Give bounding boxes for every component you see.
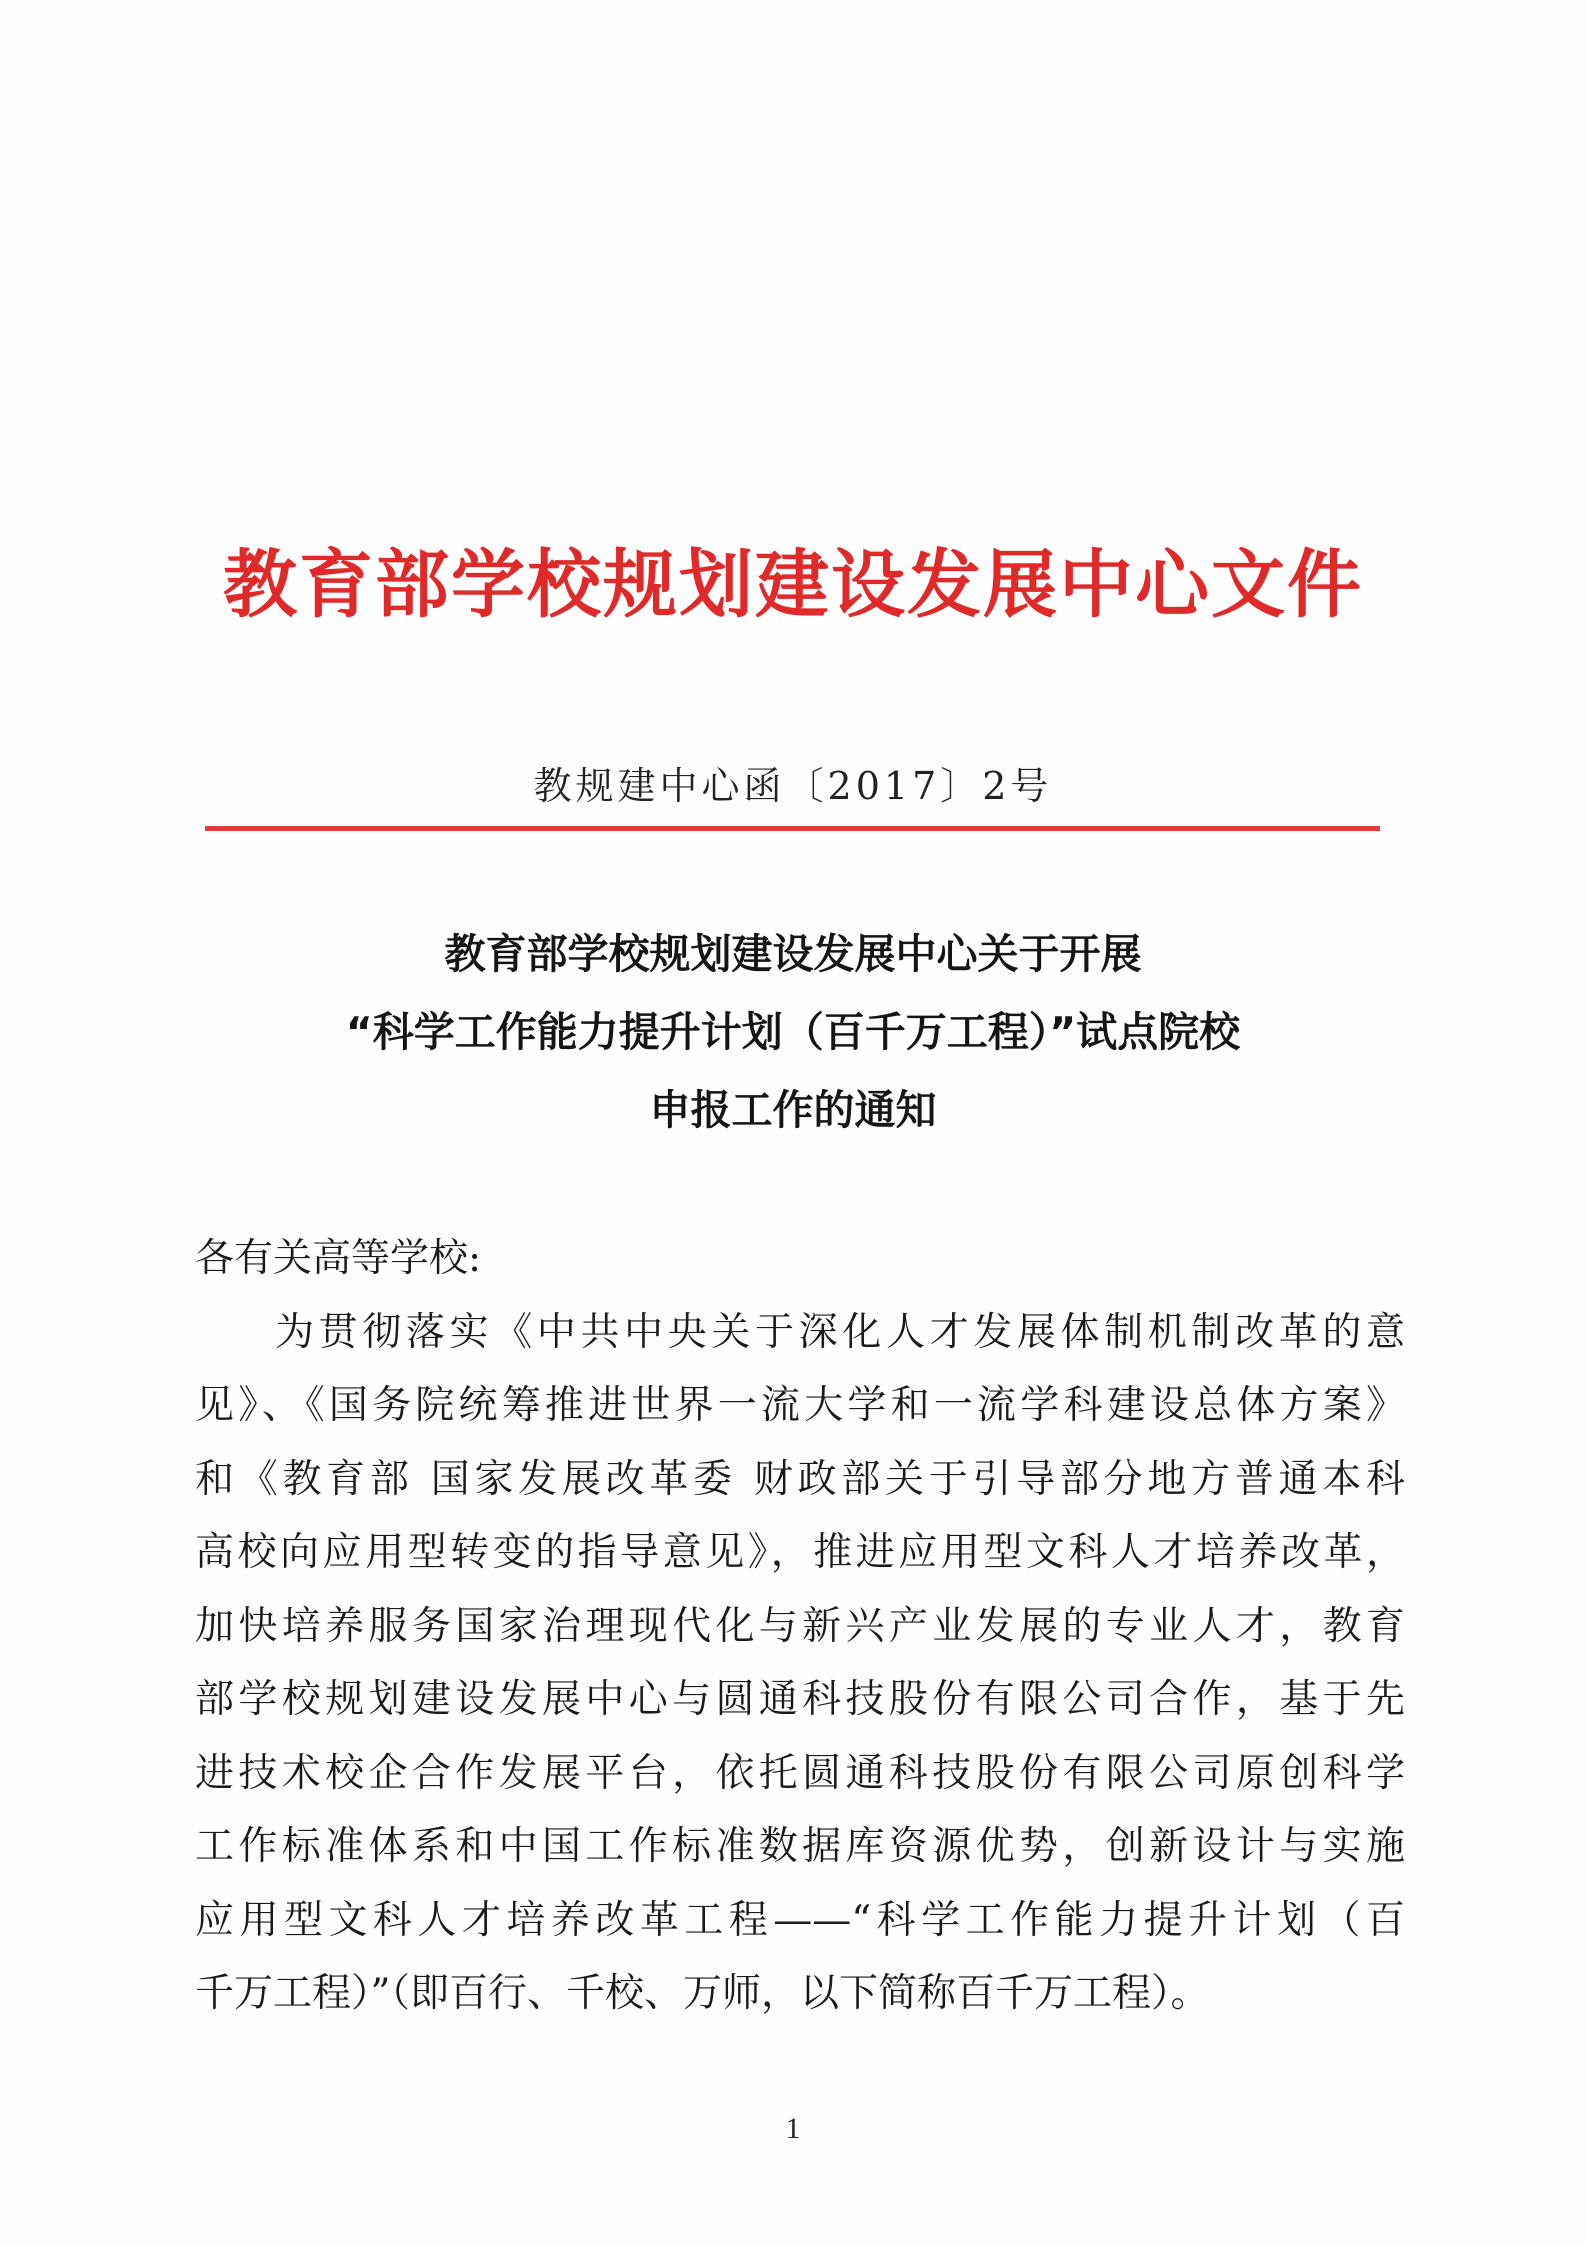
body-line: 工作标准体系和中国工作标准数据库资源优势，创新设计与实施	[195, 1810, 1405, 1884]
body-line: 进技术校企合作发展平台，依托圆通科技股份有限公司原创科学	[195, 1737, 1405, 1811]
notice-title: 教育部学校规划建设发展中心关于开展 “科学工作能力提升计划（百千万工程）”试点院…	[180, 915, 1406, 1149]
document-page: 教育部学校规划建设发展中心文件 教规建中心函〔2017〕2号 教育部学校规划建设…	[0, 0, 1586, 2245]
body-text: 各有关高等学校: 为贯彻落实《中共中央关于深化人才发展体制机制改革的意 见》、《…	[195, 1222, 1405, 2031]
title-line: 申报工作的通知	[180, 1071, 1406, 1149]
salutation: 各有关高等学校:	[195, 1222, 1405, 1296]
document-number: 教规建中心函〔2017〕2号	[0, 755, 1586, 810]
title-line: “科学工作能力提升计划（百千万工程）”试点院校	[180, 993, 1406, 1071]
page-number: 1	[0, 2112, 1586, 2146]
body-line: 千万工程）”（即百行、千校、万师，以下简称百千万工程）。	[195, 1957, 1405, 2031]
body-line: 和《教育部 国家发展改革委 财政部关于引导部分地方普通本科	[195, 1443, 1405, 1517]
red-divider	[205, 826, 1380, 831]
body-line: 部学校规划建设发展中心与圆通科技股份有限公司合作，基于先	[195, 1663, 1405, 1737]
title-line: 教育部学校规划建设发展中心关于开展	[180, 915, 1406, 993]
issuer-header: 教育部学校规划建设发展中心文件	[200, 535, 1386, 635]
body-line: 加快培养服务国家治理现代化与新兴产业发展的专业人才，教育	[195, 1590, 1405, 1664]
body-line: 应用型文科人才培养改革工程——“科学工作能力提升计划（百	[195, 1884, 1405, 1958]
body-line: 见》、《国务院统筹推进世界一流大学和一流学科建设总体方案》	[195, 1369, 1405, 1443]
body-line: 高校向应用型转变的指导意见》，推进应用型文科人才培养改革，	[195, 1516, 1405, 1590]
body-line: 为贯彻落实《中共中央关于深化人才发展体制机制改革的意	[195, 1296, 1405, 1370]
